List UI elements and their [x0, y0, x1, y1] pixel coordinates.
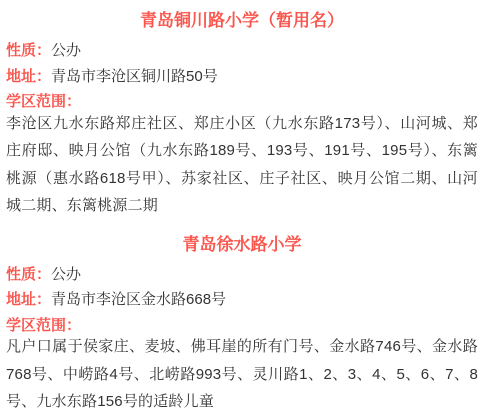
school-title: 青岛徐水路小学 [6, 234, 478, 256]
nature-value: 公办 [51, 42, 81, 59]
nature-value: 公办 [51, 266, 81, 283]
address-value: 青岛市李沧区金水路668号 [51, 291, 226, 308]
address-line: 地址：青岛市李沧区金水路668号 [6, 287, 478, 313]
nature-line: 性质：公办 [6, 262, 478, 288]
range-text: 凡户口属于侯家庄、麦坡、佛耳崖的所有门号、金水路746号、金水路768号、中崂路… [6, 333, 478, 416]
address-label: 地址： [6, 291, 51, 308]
school-title: 青岛铜川路小学（暂用名） [6, 10, 478, 32]
nature-label: 性质： [6, 266, 51, 283]
school-section-tongchuan: 青岛铜川路小学（暂用名） 性质：公办 地址：青岛市李沧区铜川路50号 学区范围：… [6, 10, 478, 220]
range-label: 学区范围： [6, 93, 81, 110]
address-label: 地址： [6, 68, 51, 85]
school-section-xushui: 青岛徐水路小学 性质：公办 地址：青岛市李沧区金水路668号 学区范围： 凡户口… [6, 234, 478, 416]
address-line: 地址：青岛市李沧区铜川路50号 [6, 64, 478, 90]
nature-label: 性质： [6, 42, 51, 59]
address-value: 青岛市李沧区铜川路50号 [51, 68, 218, 85]
school-district-article: 青岛铜川路小学（暂用名） 性质：公办 地址：青岛市李沧区铜川路50号 学区范围：… [0, 0, 485, 416]
range-label: 学区范围： [6, 317, 81, 334]
nature-line: 性质：公办 [6, 38, 478, 64]
range-text: 李沧区九水东路郑庄社区、郑庄小区（九水东路173号）、山河城、郑庄府邸、映月公馆… [6, 110, 478, 220]
